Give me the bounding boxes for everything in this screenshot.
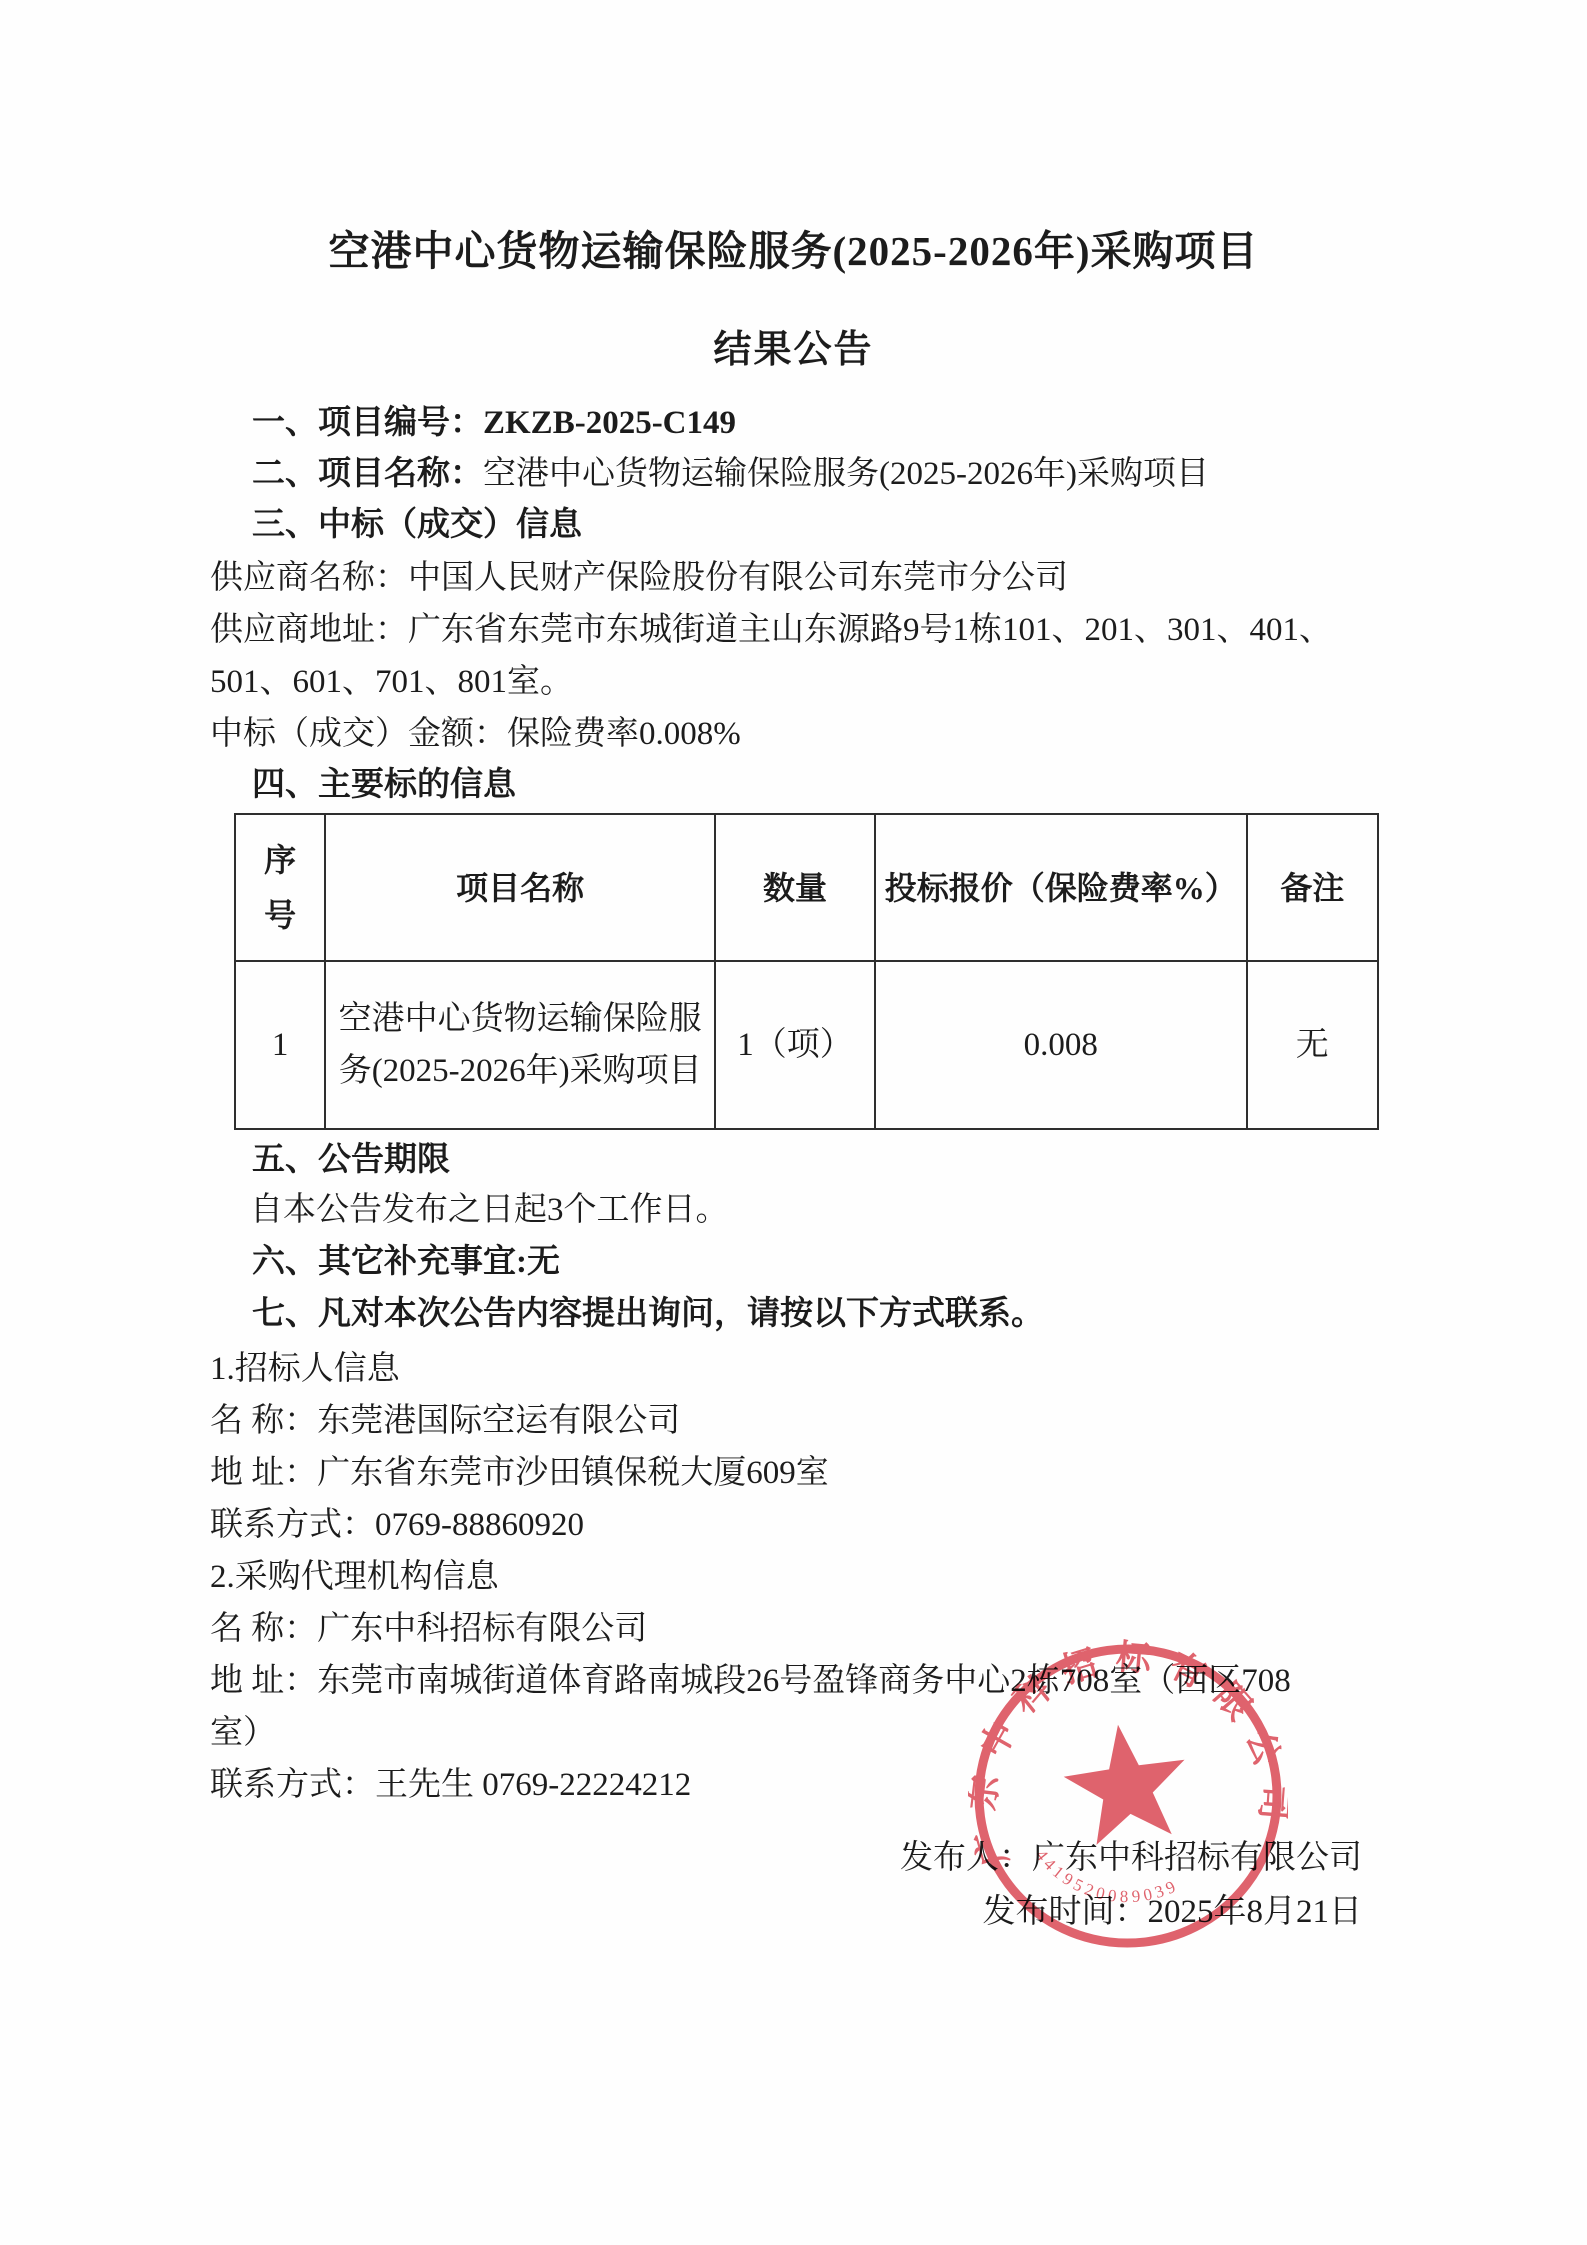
bidder-contact-line: 联系方式：0769-88860920 [210,1503,584,1547]
project-name-label: 二、项目名称： [252,456,483,492]
inquiry-heading: 七、凡对本次公告内容提出询问，请按以下方式联系。 [252,1292,1044,1336]
project-number-line: 一、项目编号：ZKZB-2025-C149 [252,401,736,445]
table-row: 1 空港中心货物运输保险服务(2025-2026年)采购项目 1（项） 0.00… [235,961,1378,1129]
table-header-row: 序号 项目名称 数量 投标报价（保险费率%） 备注 [235,814,1378,961]
document-page: 空港中心货物运输保险服务(2025-2026年)采购项目 结果公告 一、项目编号… [0,0,1587,2245]
project-number-label: 一、项目编号： [252,405,483,441]
col-header-quantity: 数量 [715,814,875,961]
bidder-address-line: 地 址：广东省东莞市沙田镇保税大厦609室 [210,1451,829,1495]
supplier-name-line: 供应商名称：中国人民财产保险股份有限公司东莞市分公司 [210,556,1068,600]
supplier-address-line1: 供应商地址：广东省东莞市东城街道主山东源路9号1栋101、201、301、401… [210,608,1332,652]
supplementary-heading: 六、其它补充事宜:无 [252,1240,560,1284]
supplier-address-line2: 501、601、701、801室。 [210,660,573,704]
project-name-line: 二、项目名称：空港中心货物运输保险服务(2025-2026年)采购项目 [252,452,1209,496]
col-header-project-name: 项目名称 [325,814,715,961]
award-info-heading: 三、中标（成交）信息 [252,503,582,547]
award-amount-line: 中标（成交）金额：保险费率0.008% [210,712,741,756]
notice-period-body: 自本公告发布之日起3个工作日。 [250,1188,729,1232]
page-subtitle: 结果公告 [0,318,1587,373]
col-header-seq: 序号 [235,814,325,961]
page-title: 空港中心货物运输保险服务(2025-2026年)采购项目 [0,218,1587,277]
agency-contact-line: 联系方式：王先生 0769-22224212 [210,1763,691,1807]
subject-info-heading: 四、主要标的信息 [252,763,516,807]
cell-quantity: 1（项） [715,961,875,1129]
stamp-serial-text: 4419520089039 [1030,1828,1182,1919]
svg-text:4419520089039: 4419520089039 [1030,1828,1182,1919]
cell-remark: 无 [1247,961,1378,1129]
col-header-bid-price: 投标报价（保险费率%） [875,814,1246,961]
subject-info-table: 序号 项目名称 数量 投标报价（保险费率%） 备注 1 空港中心货物运输保险服务… [234,813,1379,1130]
agency-address-line2: 室） [210,1711,276,1755]
agency-name-line: 名 称：广东中科招标有限公司 [210,1607,647,1651]
col-header-remark: 备注 [1247,814,1378,961]
company-seal-stamp: 广东中科招标有限公司 4419520089039 [968,1636,1288,1956]
project-number-value: ZKZB-2025-C149 [483,405,736,441]
project-name-value: 空港中心货物运输保险服务(2025-2026年)采购项目 [483,456,1209,492]
cell-project-name: 空港中心货物运输保险服务(2025-2026年)采购项目 [325,961,715,1129]
bidder-info-heading: 1.招标人信息 [210,1347,400,1391]
bidder-name-line: 名 称：东莞港国际空运有限公司 [210,1399,680,1443]
cell-seq: 1 [235,961,325,1129]
agency-info-heading: 2.采购代理机构信息 [210,1555,499,1599]
stamp-star-icon [1058,1716,1195,1848]
cell-bid-price: 0.008 [875,961,1246,1129]
notice-period-heading: 五、公告期限 [252,1138,450,1182]
